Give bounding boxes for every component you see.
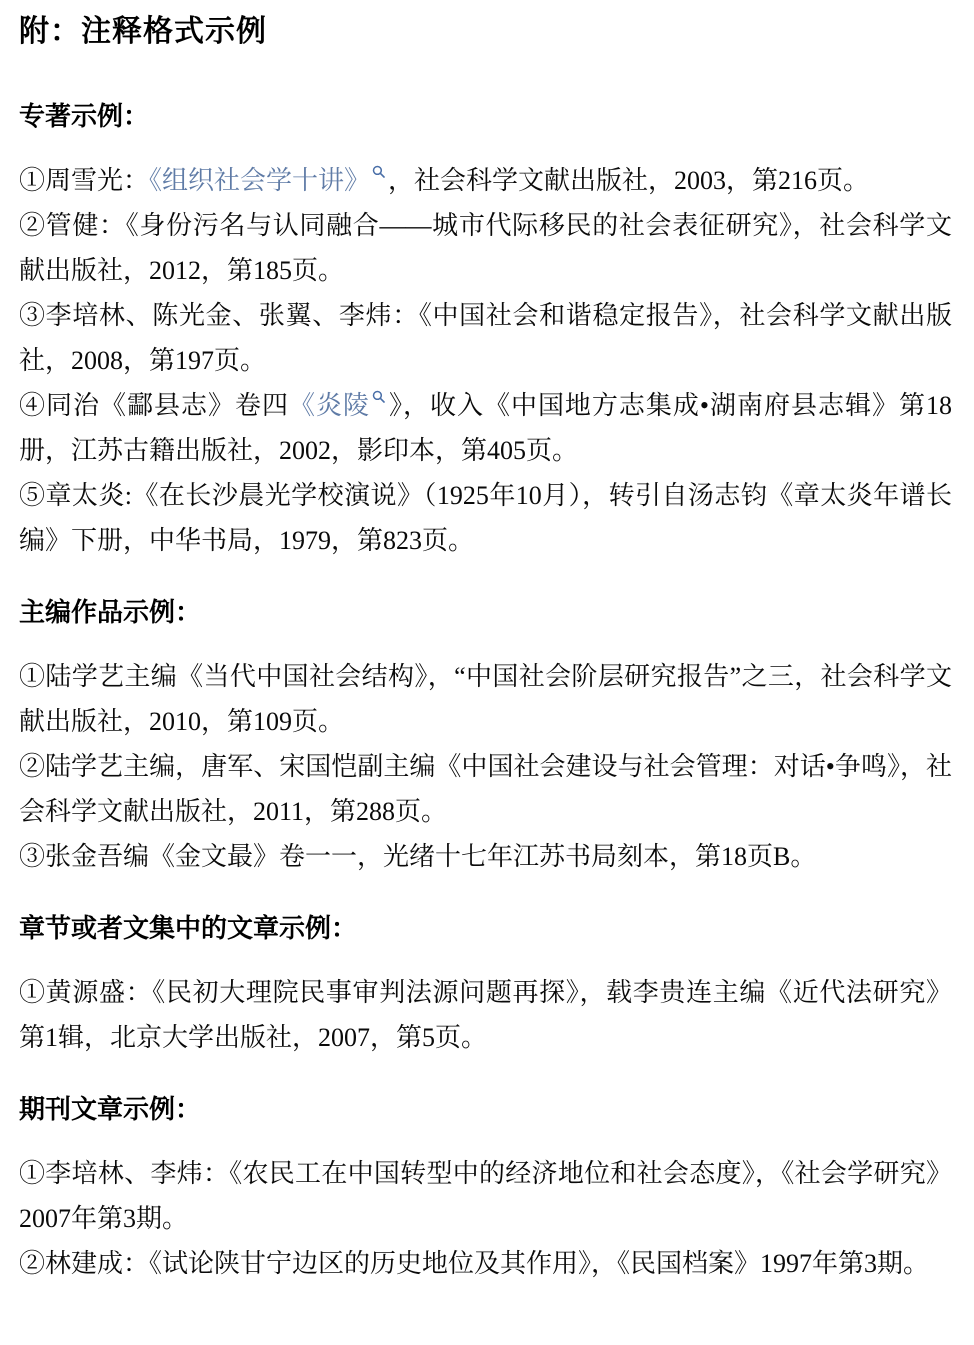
magnifier-icon[interactable] (372, 165, 386, 179)
citation-item: ①周雪光：《组织社会学十讲》，社会科学文献出版社，2003，第216页。 (19, 158, 952, 203)
sections: 专著示例：①周雪光：《组织社会学十讲》，社会科学文献出版社，2003，第216页… (19, 95, 952, 1286)
book-title-link[interactable]: 《组织社会学十讲》 (149, 166, 370, 195)
citation-text: ②林建成：《试论陕甘宁边区的历史地位及其作用》，《民国档案》1997年第3期。 (19, 1249, 929, 1278)
citation-text: ②陆学艺主编，唐军、宋国恺副主编《中国社会建设与社会管理：对话•争鸣》，社会科学… (19, 752, 952, 826)
citation-text: ①李培林、李炜：《农民工在中国转型中的经济地位和社会态度》，《社会学研究》200… (19, 1159, 952, 1233)
citation-item: ①黄源盛：《民初大理院民事审判法源问题再探》，载李贵连主编《近代法研究》第1辑，… (19, 970, 952, 1060)
citation-text: ①周雪光： (19, 166, 149, 195)
citation-item: ⑤章太炎:《在长沙晨光学校演说》（1925年10月），转引自汤志钧《章太炎年谱长… (19, 473, 952, 563)
citation-text: ③张金吾编《金文最》卷一一，光绪十七年江苏书局刻本，第18页B。 (19, 842, 816, 871)
citation-item: ④同治《酃县志》卷四《炎陵》，收入《中国地方志集成•湖南府县志辑》第18册，江苏… (19, 383, 952, 473)
citation-text: ⑤章太炎:《在长沙晨光学校演说》（1925年10月），转引自汤志钧《章太炎年谱长… (19, 481, 952, 555)
citation-item: ②陆学艺主编，唐军、宋国恺副主编《中国社会建设与社会管理：对话•争鸣》，社会科学… (19, 744, 952, 834)
section-heading: 专著示例： (19, 95, 952, 139)
citation-text: ①陆学艺主编《当代中国社会结构》，“中国社会阶层研究报告”之三，社会科学文献出版… (19, 662, 952, 736)
citation-item: ②管健：《身份污名与认同融合——城市代际移民的社会表征研究》，社会科学文献出版社… (19, 203, 952, 293)
citation-text: ③李培林、陈光金、张翼、李炜：《中国社会和谐稳定报告》，社会科学文献出版社，20… (19, 301, 952, 375)
magnifier-icon[interactable] (372, 390, 386, 404)
section-heading: 章节或者文集中的文章示例： (19, 907, 952, 951)
citation-text: ②管健：《身份污名与认同融合——城市代际移民的社会表征研究》，社会科学文献出版社… (19, 211, 952, 285)
citation-item: ③李培林、陈光金、张翼、李炜：《中国社会和谐稳定报告》，社会科学文献出版社，20… (19, 293, 952, 383)
section-heading: 期刊文章示例： (19, 1088, 952, 1132)
page-title: 附：注释格式示例 (19, 12, 952, 52)
section-items: ①周雪光：《组织社会学十讲》，社会科学文献出版社，2003，第216页。②管健：… (19, 158, 952, 563)
section-items: ①黄源盛：《民初大理院民事审判法源问题再探》，载李贵连主编《近代法研究》第1辑，… (19, 970, 952, 1060)
citation-text: ①黄源盛：《民初大理院民事审判法源问题再探》，载李贵连主编《近代法研究》第1辑，… (19, 978, 952, 1052)
citation-item: ①李培林、李炜：《农民工在中国转型中的经济地位和社会态度》，《社会学研究》200… (19, 1151, 952, 1241)
book-title-link[interactable]: 《炎陵 (289, 391, 370, 420)
citation-item: ②林建成：《试论陕甘宁边区的历史地位及其作用》，《民国档案》1997年第3期。 (19, 1241, 952, 1286)
citation-text: ④同治《酃县志》卷四 (19, 391, 289, 420)
section-items: ①陆学艺主编《当代中国社会结构》，“中国社会阶层研究报告”之三，社会科学文献出版… (19, 654, 952, 879)
citation-item: ③张金吾编《金文最》卷一一，光绪十七年江苏书局刻本，第18页B。 (19, 834, 952, 879)
section-items: ①李培林、李炜：《农民工在中国转型中的经济地位和社会态度》，《社会学研究》200… (19, 1151, 952, 1286)
citation-item: ①陆学艺主编《当代中国社会结构》，“中国社会阶层研究报告”之三，社会科学文献出版… (19, 654, 952, 744)
document-page: 附：注释格式示例 专著示例：①周雪光：《组织社会学十讲》，社会科学文献出版社，2… (0, 0, 974, 1345)
citation-text: ，社会科学文献出版社，2003，第216页。 (388, 166, 869, 195)
section-heading: 主编作品示例： (19, 591, 952, 635)
